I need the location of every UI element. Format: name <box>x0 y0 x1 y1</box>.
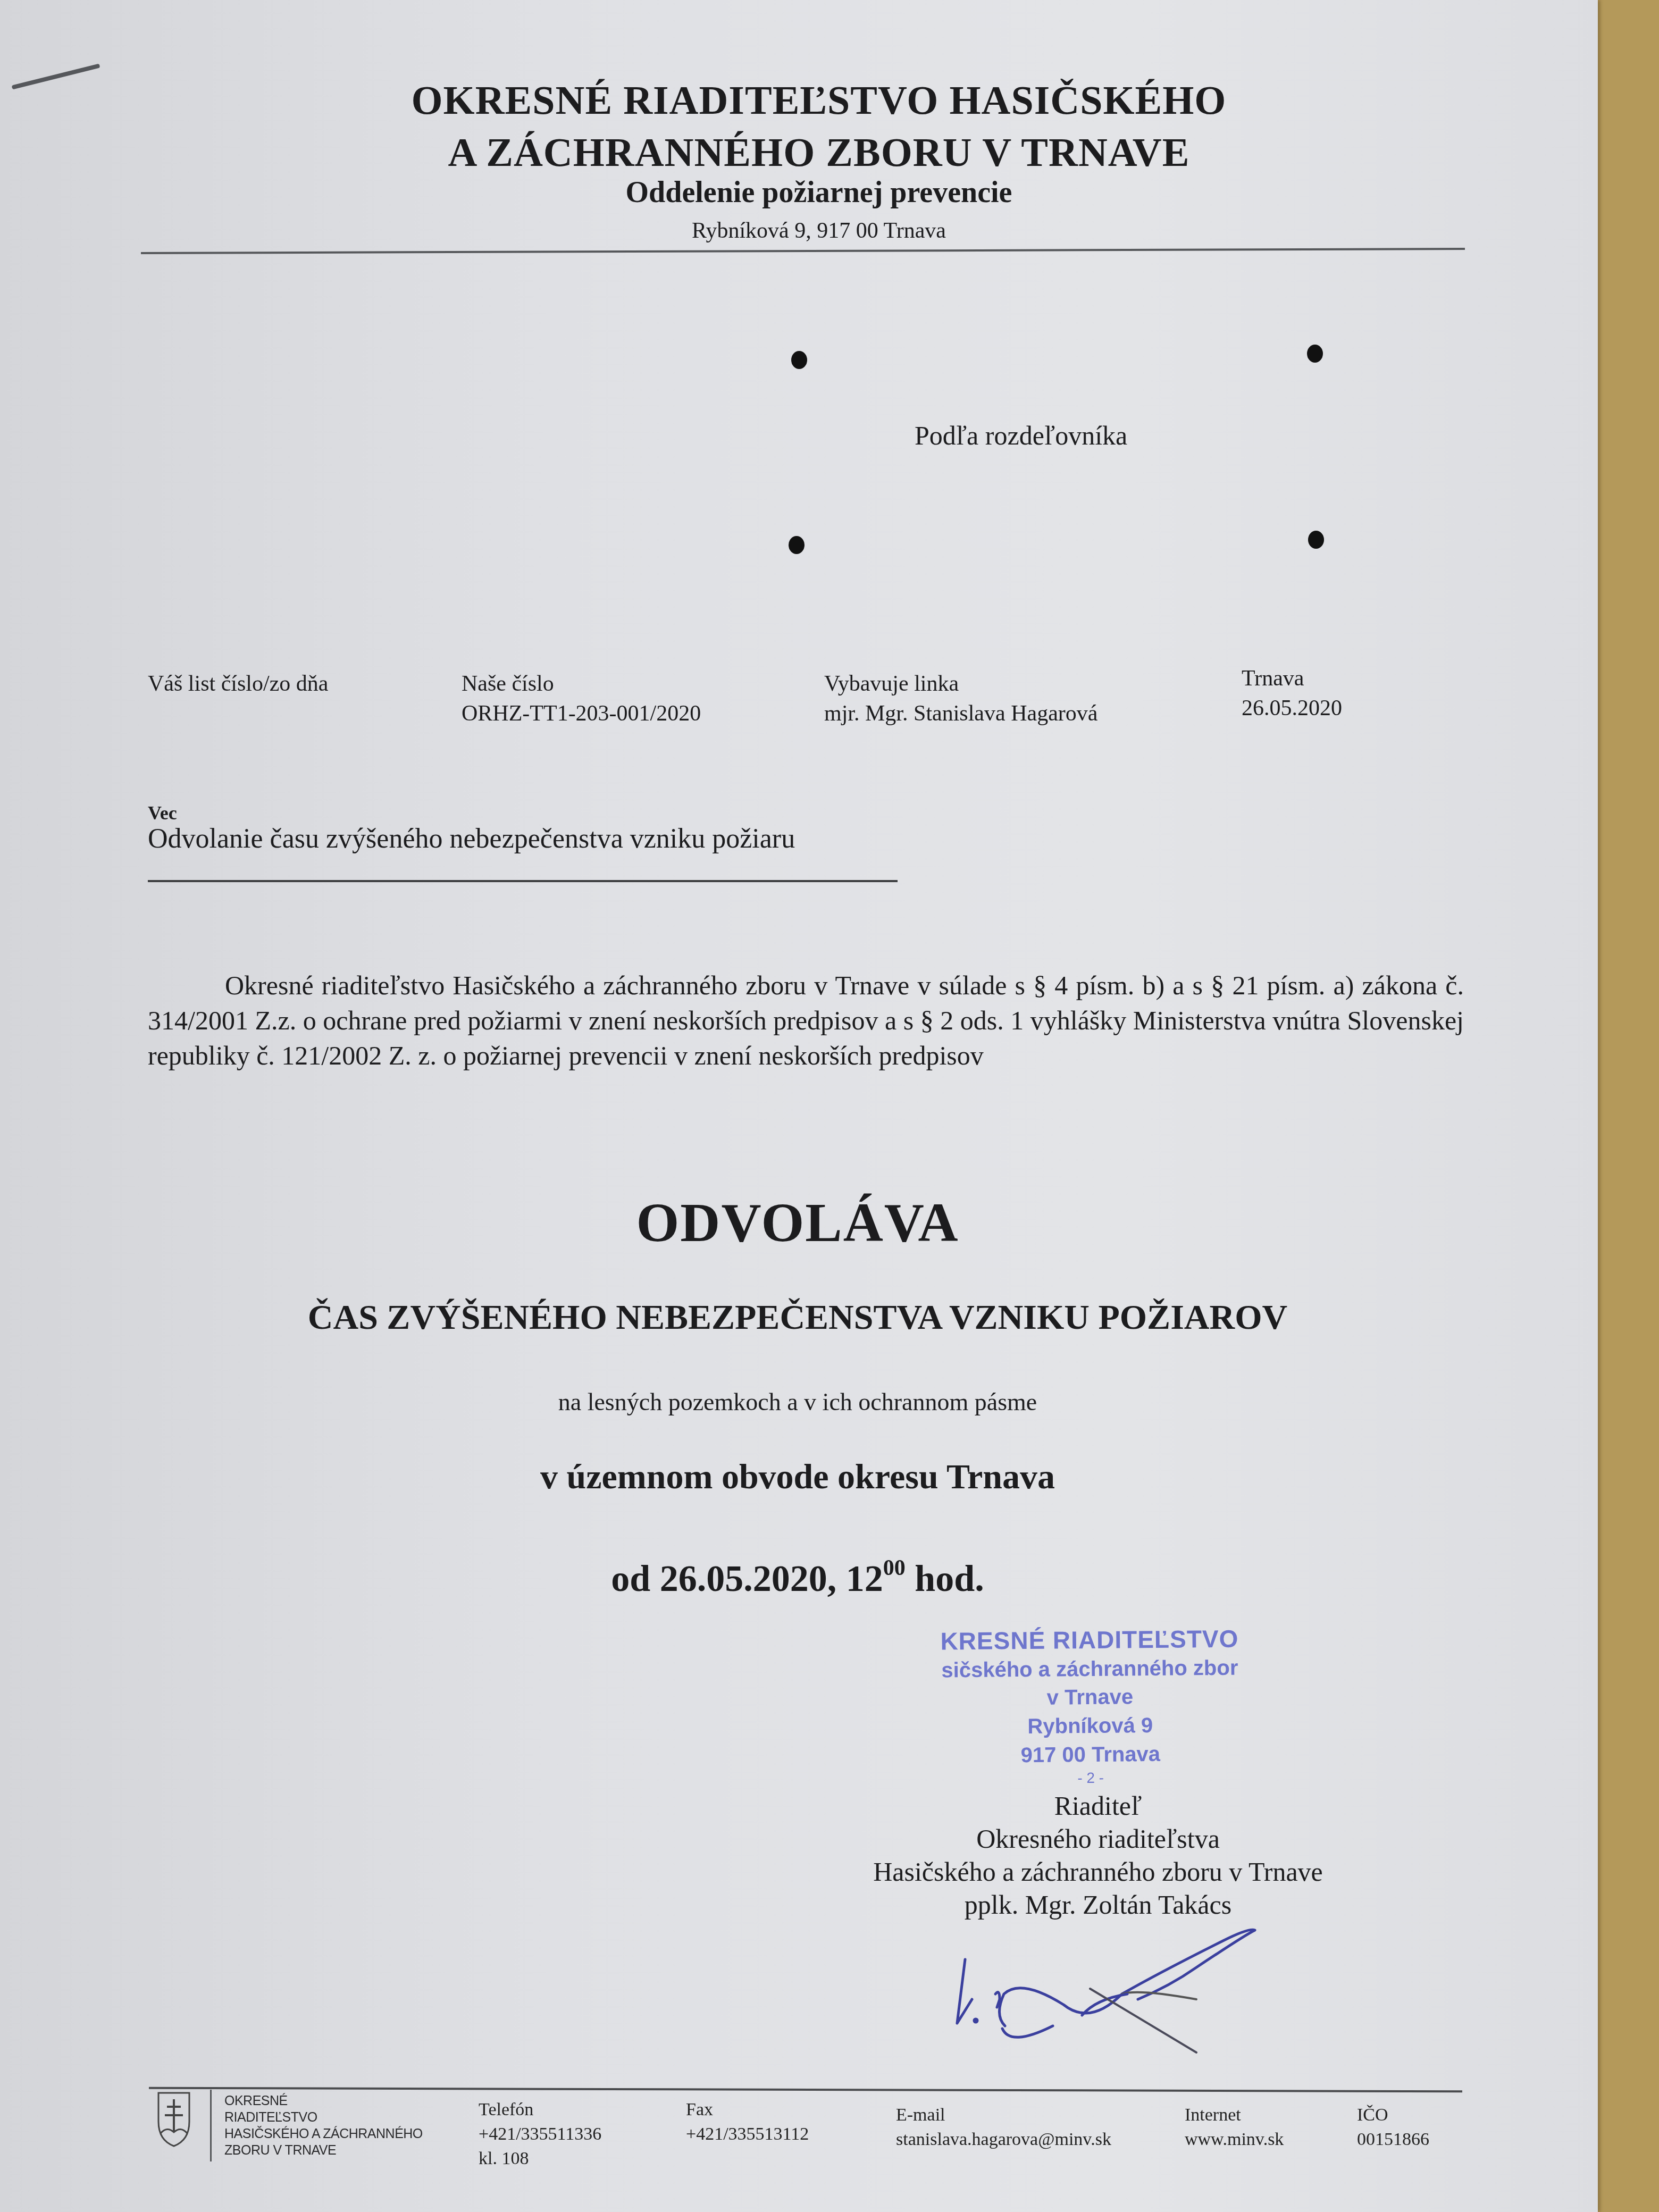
ref-place-label: Trnava <box>1242 664 1342 693</box>
stamp-line-6: - 2 - <box>904 1767 1277 1789</box>
footer-email-label: E-mail <box>896 2103 1111 2127</box>
decision-verb: ODVOLÁVA <box>160 1191 1436 1254</box>
pen-mark <box>12 64 100 90</box>
decision-subject: ČAS ZVÝŠENÉHO NEBEZPEČENSTVA VZNIKU POŽI… <box>160 1297 1436 1338</box>
footer-email: E-mail stanislava.hagarova@minv.sk <box>896 2103 1111 2152</box>
body-paragraph: Okresné riaditeľstvo Hasičského a záchra… <box>148 968 1464 1073</box>
footer-ico: IČO 00151866 <box>1357 2103 1429 2152</box>
letterhead-org-name: OKRESNÉ RIADITEĽSTVO HASIČSKÉHO A ZÁCHRA… <box>213 74 1425 179</box>
footer-org-line: OKRESNÉ <box>224 2093 423 2109</box>
effective-date: od 26.05.2020, 12 <box>611 1559 883 1599</box>
recipient: Podľa rozdeľovníka <box>915 420 1127 451</box>
footer-phone-value: +421/335511336 <box>479 2122 601 2147</box>
letterhead-line-1: OKRESNÉ RIADITEĽSTVO HASIČSKÉHO <box>213 74 1425 127</box>
stamp-line-5: 917 00 Trnava <box>904 1739 1277 1771</box>
effective-minutes: 00 <box>883 1556 906 1580</box>
signatory-line-3: Hasičského a záchranného zboru v Trnave <box>798 1855 1398 1888</box>
footer-org-line: HASIČSKÉHO A ZÁCHRANNÉHO <box>224 2126 423 2142</box>
footer-internet: Internet www.minv.sk <box>1185 2103 1284 2152</box>
letterhead-divider <box>141 248 1465 254</box>
document-page: OKRESNÉ RIADITEĽSTVO HASIČSKÉHO A ZÁCHRA… <box>0 0 1598 2212</box>
footer-org-name: OKRESNÉ RIADITEĽSTVO HASIČSKÉHO A ZÁCHRA… <box>224 2093 423 2159</box>
stamp-line-4: Rybníková 9 <box>904 1710 1276 1742</box>
handwritten-signature <box>946 1914 1372 2063</box>
window-marker-dot <box>789 536 805 554</box>
ref-place-date: Trnava 26.05.2020 <box>1242 664 1342 723</box>
footer-fax-label: Fax <box>686 2098 809 2122</box>
subject-text: Odvolanie času zvýšeného nebezpečenstva … <box>148 823 795 854</box>
footer-org-line: ZBORU V TRNAVE <box>224 2142 423 2159</box>
window-marker-dot <box>1308 531 1324 549</box>
window-marker-dot <box>1307 345 1323 363</box>
window-marker-dot <box>791 351 807 369</box>
footer-phone-label: Telefón <box>479 2098 601 2122</box>
stamp-line-3: v Trnave <box>904 1681 1276 1713</box>
official-stamp: KRESNÉ RIADITEĽSTVO sičského a záchranné… <box>903 1623 1277 1789</box>
letterhead-department: Oddelenie požiarnej prevencie <box>213 175 1425 210</box>
effective-suffix: hod. <box>906 1559 984 1599</box>
footer-vertical-divider <box>210 2090 212 2161</box>
letterhead-address: Rybníková 9, 917 00 Trnava <box>213 218 1425 244</box>
ref-handled-by: Vybavuje linka mjr. Mgr. Stanislava Haga… <box>824 669 1097 728</box>
subject-underline <box>148 880 898 882</box>
ref-your-letter: Váš list číslo/zo dňa <box>148 669 328 699</box>
footer-ico-value: 00151866 <box>1357 2127 1429 2152</box>
signatory-title: Riaditeľ <box>798 1789 1398 1822</box>
ref-date-value: 26.05.2020 <box>1242 693 1342 723</box>
ref-our-number-value: ORHZ-TT1-203-001/2020 <box>462 699 701 728</box>
ref-your-letter-label: Váš list číslo/zo dňa <box>148 669 328 699</box>
footer-divider <box>149 2087 1462 2092</box>
ref-handled-by-label: Vybavuje linka <box>824 669 1097 699</box>
footer-ico-label: IČO <box>1357 2103 1429 2127</box>
decision-scope: na lesných pozemkoch a v ich ochrannom p… <box>160 1388 1436 1416</box>
footer-phone: Telefón +421/335511336 kl. 108 <box>479 2098 601 2171</box>
slovak-coat-of-arms-icon <box>155 2090 192 2148</box>
decision-effective-from: od 26.05.2020, 1200 hod. <box>160 1555 1436 1601</box>
decision-area: v územnom obvode okresu Trnava <box>160 1457 1436 1497</box>
signatory-line-2: Okresného riaditeľstva <box>798 1822 1398 1855</box>
footer-email-value[interactable]: stanislava.hagarova@minv.sk <box>896 2127 1111 2152</box>
subject-label: Vec <box>148 802 177 824</box>
ref-our-number-label: Naše číslo <box>462 669 701 699</box>
footer-internet-label: Internet <box>1185 2103 1284 2127</box>
signatory-block: Riaditeľ Okresného riaditeľstva Hasičské… <box>798 1789 1398 1921</box>
footer-fax: Fax +421/335513112 <box>686 2098 809 2147</box>
footer-fax-value: +421/335513112 <box>686 2122 809 2147</box>
footer-internet-value[interactable]: www.minv.sk <box>1185 2127 1284 2152</box>
footer-org-line: RIADITEĽSTVO <box>224 2109 423 2126</box>
footer-phone-ext: kl. 108 <box>479 2147 601 2171</box>
letterhead-line-2: A ZÁCHRANNÉHO ZBORU V TRNAVE <box>213 127 1425 179</box>
ref-handled-by-value: mjr. Mgr. Stanislava Hagarová <box>824 699 1097 728</box>
stamp-line-2: sičského a záchranného zbor <box>903 1654 1276 1685</box>
stamp-line-1: KRESNÉ RIADITEĽSTVO <box>903 1623 1276 1657</box>
ref-our-number: Naše číslo ORHZ-TT1-203-001/2020 <box>462 669 701 728</box>
